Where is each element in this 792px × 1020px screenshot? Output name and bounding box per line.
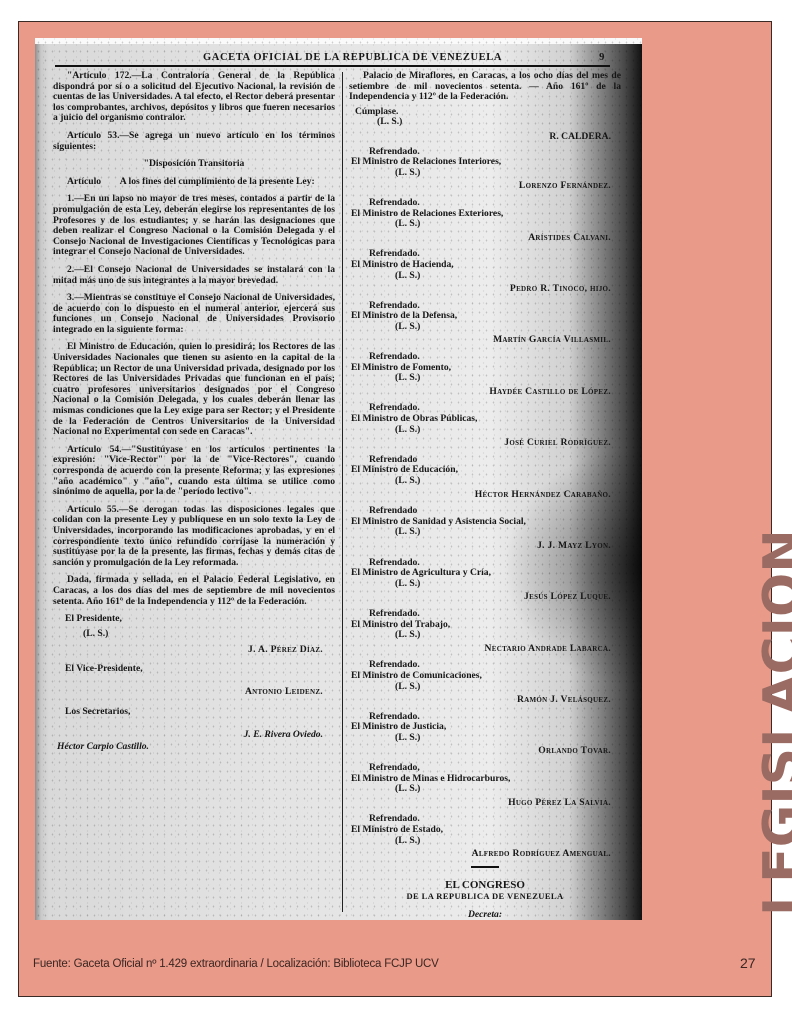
minister-signature-block: Refrendado.El Ministro de Relaciones Ext… <box>349 198 621 243</box>
minister-signature-block: Refrendado.El Ministro de Comunicaciones… <box>349 660 621 705</box>
minister-signature-block: Refrendado.El Ministro de Obras Públicas… <box>349 403 621 448</box>
minister-name: José Curiel Rodríguez. <box>349 438 611 449</box>
seal: (L. S.) <box>395 527 621 538</box>
minister-name: Lorenzo Fernández. <box>349 181 611 192</box>
article-53: Artículo 53.—Se agrega un nuevo artículo… <box>53 131 335 152</box>
gazette-scan: GACETA OFICIAL DE LA REPUBLICA DE VENEZU… <box>35 38 642 920</box>
congreso-heading: EL CONGRESO <box>349 880 621 891</box>
minister-title: El Ministro de Comunicaciones, <box>351 671 621 682</box>
left-column: "Artículo 172.—La Contraloría General de… <box>53 71 335 753</box>
refrendado-label: Refrendado. <box>369 198 621 209</box>
president-signature: R. CALDERA. <box>349 132 611 143</box>
minister-title: El Ministro de la Defensa, <box>351 311 621 322</box>
seal: (L. S.) <box>395 271 621 282</box>
source-caption: Fuente: Gaceta Oficial nº 1.429 extraord… <box>33 958 439 970</box>
minister-title: El Ministro de Fomento, <box>351 363 621 374</box>
minister-name: Martín García Villasmil. <box>349 335 611 346</box>
minister-title: El Ministro de Relaciones Exteriores, <box>351 209 621 220</box>
seal: (L. S.) <box>395 836 621 847</box>
section-label: LEGISLACION <box>757 529 792 916</box>
minister-signature-block: Refrendado.El Ministro de la Defensa,(L.… <box>349 301 621 346</box>
minister-name: Ramón J. Velásquez. <box>349 695 611 706</box>
minister-name: Nectario Andrade Labarca. <box>349 644 611 655</box>
signature-name-president: J. A. Pérez Díaz. <box>53 645 323 656</box>
numbered-1: 1.—En un lapso no mayor de tres meses, c… <box>53 194 335 258</box>
minister-title: El Ministro de Hacienda, <box>351 260 621 271</box>
minister-title: El Ministro de Relaciones Interiores, <box>351 157 621 168</box>
minister-title: El Ministro de Agricultura y Cría, <box>351 568 621 579</box>
signature-label-president: El Presidente, <box>65 614 335 625</box>
minister-name: Hugo Pérez La Salvia. <box>349 798 611 809</box>
council-composition: El Ministro de Educación, quien lo presi… <box>53 342 335 437</box>
minister-signature-block: Refrendado,El Ministro de Minas e Hidroc… <box>349 763 621 808</box>
minister-title: El Ministro de Estado, <box>351 825 621 836</box>
signature-name-vice-president: Antonio Leidenz. <box>53 687 323 698</box>
running-head: GACETA OFICIAL DE LA REPUBLICA DE VENEZU… <box>163 52 623 66</box>
decreta: Decreta: <box>349 910 621 920</box>
minister-name: Haydée Castillo de López. <box>349 387 611 398</box>
minister-signature-block: Refrendado.El Ministro de Agricultura y … <box>349 558 621 603</box>
minister-signature-block: RefrendadoEl Ministro de Educación,(L. S… <box>349 455 621 500</box>
signature-label-vice-president: El Vice-Presidente, <box>65 664 335 675</box>
minister-signature-block: Refrendado.El Ministro de Estado,(L. S.)… <box>349 814 621 859</box>
seal: (L. S.) <box>395 168 621 179</box>
seal: (L. S.) <box>395 579 621 590</box>
minister-title: El Ministro del Trabajo, <box>351 620 621 631</box>
signature-name-secretary-1: J. E. Rivera Oviedo. <box>53 730 323 741</box>
gazette-title: GACETA OFICIAL DE LA REPUBLICA DE VENEZU… <box>203 52 502 63</box>
seal-president-exec: (L. S.) <box>377 117 621 128</box>
page-number: 27 <box>740 955 756 971</box>
seal: (L. S.) <box>395 322 621 333</box>
minister-name: J. J. Mayz Lyon. <box>349 541 611 552</box>
column-divider <box>342 72 343 912</box>
minister-name: Jesús López Luque. <box>349 592 611 603</box>
seal: (L. S.) <box>395 784 621 795</box>
separator-rule <box>471 866 499 868</box>
minister-signature-block: Refrendado.El Ministro del Trabajo,(L. S… <box>349 609 621 654</box>
gazette-page-number: 9 <box>599 52 605 63</box>
minister-name: Héctor Hernández Carabaño. <box>349 490 611 501</box>
promulgation-paragraph: Palacio de Miraflores, en Caracas, a los… <box>349 71 621 103</box>
dada-firmada: Dada, firmada y sellada, en el Palacio F… <box>53 575 335 607</box>
minister-name: Arístides Calvani. <box>349 233 611 244</box>
minister-signature-block: Refrendado.El Ministro de Relaciones Int… <box>349 147 621 192</box>
scan-top-margin <box>35 38 642 44</box>
minister-signature-block: RefrendadoEl Ministro de Sanidad y Asist… <box>349 506 621 551</box>
articulo-intro: Artículo A los fines del cumplimiento de… <box>53 177 335 188</box>
header-rule <box>55 65 610 67</box>
article-54: Artículo 54.—"Sustitúyase en los artícul… <box>53 445 335 498</box>
seal: (L. S.) <box>395 733 621 744</box>
minister-title: El Ministro de Obras Públicas, <box>351 414 621 425</box>
minister-list: Refrendado.El Ministro de Relaciones Int… <box>349 147 621 860</box>
minister-title: El Ministro de Sanidad y Asistencia Soci… <box>351 517 621 528</box>
seal: (L. S.) <box>395 476 621 487</box>
refrendado-label: Refrendado. <box>369 609 621 620</box>
numbered-3: 3.—Mientras se constituye el Consejo Nac… <box>53 293 335 335</box>
seal: (L. S.) <box>395 219 621 230</box>
seal: (L. S.) <box>395 373 621 384</box>
right-column: Palacio de Miraflores, en Caracas, a los… <box>349 71 621 920</box>
seal: (L. S.) <box>395 682 621 693</box>
article-55: Artículo 55.—Se derogan todas las dispos… <box>53 505 335 569</box>
disposicion-heading: "Disposición Transitoria <box>53 159 335 170</box>
minister-name: Pedro R. Tinoco, hijo. <box>349 284 611 295</box>
seal-president: (L. S.) <box>83 629 335 640</box>
minister-signature-block: Refrendado.El Ministro de Hacienda,(L. S… <box>349 249 621 294</box>
article-172: "Artículo 172.—La Contraloría General de… <box>53 71 335 124</box>
seal: (L. S.) <box>395 425 621 436</box>
minister-title: El Ministro de Educación, <box>351 465 621 476</box>
minister-signature-block: Refrendado.El Ministro de Justicia,(L. S… <box>349 712 621 757</box>
minister-name: Orlando Tovar. <box>349 746 611 757</box>
signature-label-secretaries: Los Secretarios, <box>65 707 335 718</box>
minister-title: El Ministro de Minas e Hidrocarburos, <box>351 774 621 785</box>
minister-name: Alfredo Rodríguez Amengual. <box>349 849 611 860</box>
seal: (L. S.) <box>395 630 621 641</box>
numbered-2: 2.—El Consejo Nacional de Universidades … <box>53 265 335 286</box>
congreso-subheading: DE LA REPUBLICA DE VENEZUELA <box>349 891 621 902</box>
minister-title: El Ministro de Justicia, <box>351 722 621 733</box>
signature-name-secretary-2: Héctor Carpio Castillo. <box>57 742 335 753</box>
minister-signature-block: Refrendado.El Ministro de Fomento,(L. S.… <box>349 352 621 397</box>
